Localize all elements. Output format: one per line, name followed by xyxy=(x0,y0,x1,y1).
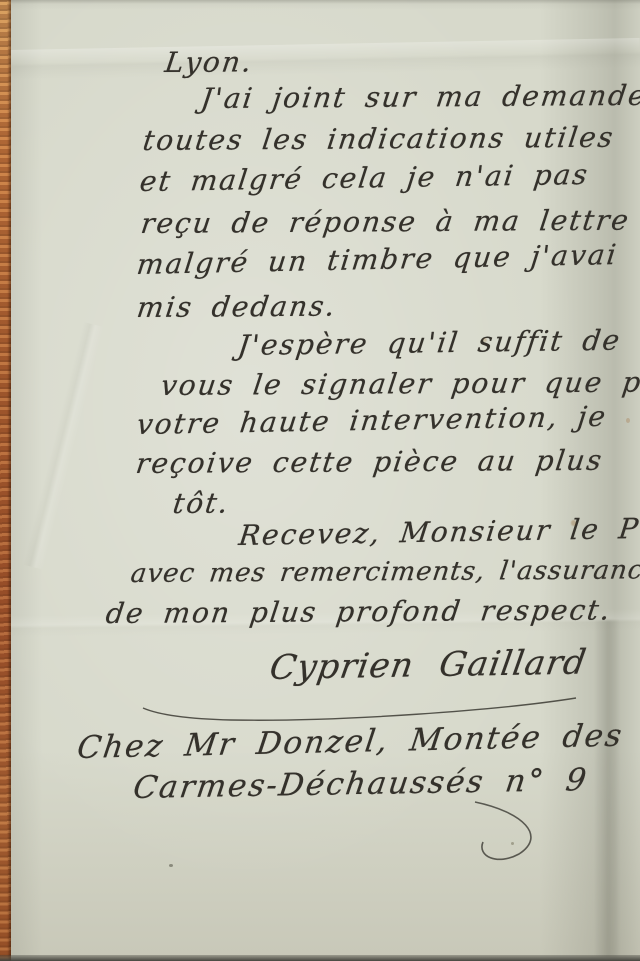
numeral-flourish xyxy=(461,798,581,868)
handwritten-line: tôt. xyxy=(171,487,232,520)
paper-stain xyxy=(626,418,630,423)
handwritten-line-location: Lyon. xyxy=(163,45,255,79)
paper-fold-crease-top xyxy=(11,38,640,80)
wood-table-edge xyxy=(0,0,11,961)
handwritten-line: toutes les indications utiles xyxy=(141,121,617,157)
handwritten-line: et malgré cela je n'ai pas xyxy=(138,158,591,198)
handwritten-line: malgré un timbre que j'avai xyxy=(135,238,620,281)
letter-paper: Lyon. J'ai joint sur ma demande toutes l… xyxy=(11,0,640,961)
paper-fold-right-edge xyxy=(594,620,620,957)
photo-bottom-shadow xyxy=(0,955,640,961)
handwritten-line: J'ai joint sur ma demande xyxy=(199,79,640,115)
handwritten-line-salutation: Recevez, Monsieur le Préfet, xyxy=(237,510,640,552)
ink-speck xyxy=(169,864,173,867)
handwritten-line: avec mes remerciments, l'assurance xyxy=(129,555,640,589)
paper-crease-left xyxy=(0,315,124,575)
handwritten-line: mis dedans. xyxy=(135,290,339,324)
handwritten-line: vous le signaler pour que par xyxy=(159,365,640,402)
handwritten-line: J'espère qu'il suffit de xyxy=(236,324,623,362)
letter-photograph: Lyon. J'ai joint sur ma demande toutes l… xyxy=(0,0,640,961)
handwritten-line: votre haute intervention, je xyxy=(135,400,609,441)
handwritten-line: de mon plus profond respect. xyxy=(104,593,614,630)
signature: Cyprien Gaillard xyxy=(267,643,590,688)
handwritten-line: reçu de réponse à ma lettre xyxy=(139,204,632,240)
handwritten-line: reçoive cette pièce au plus xyxy=(134,444,605,480)
